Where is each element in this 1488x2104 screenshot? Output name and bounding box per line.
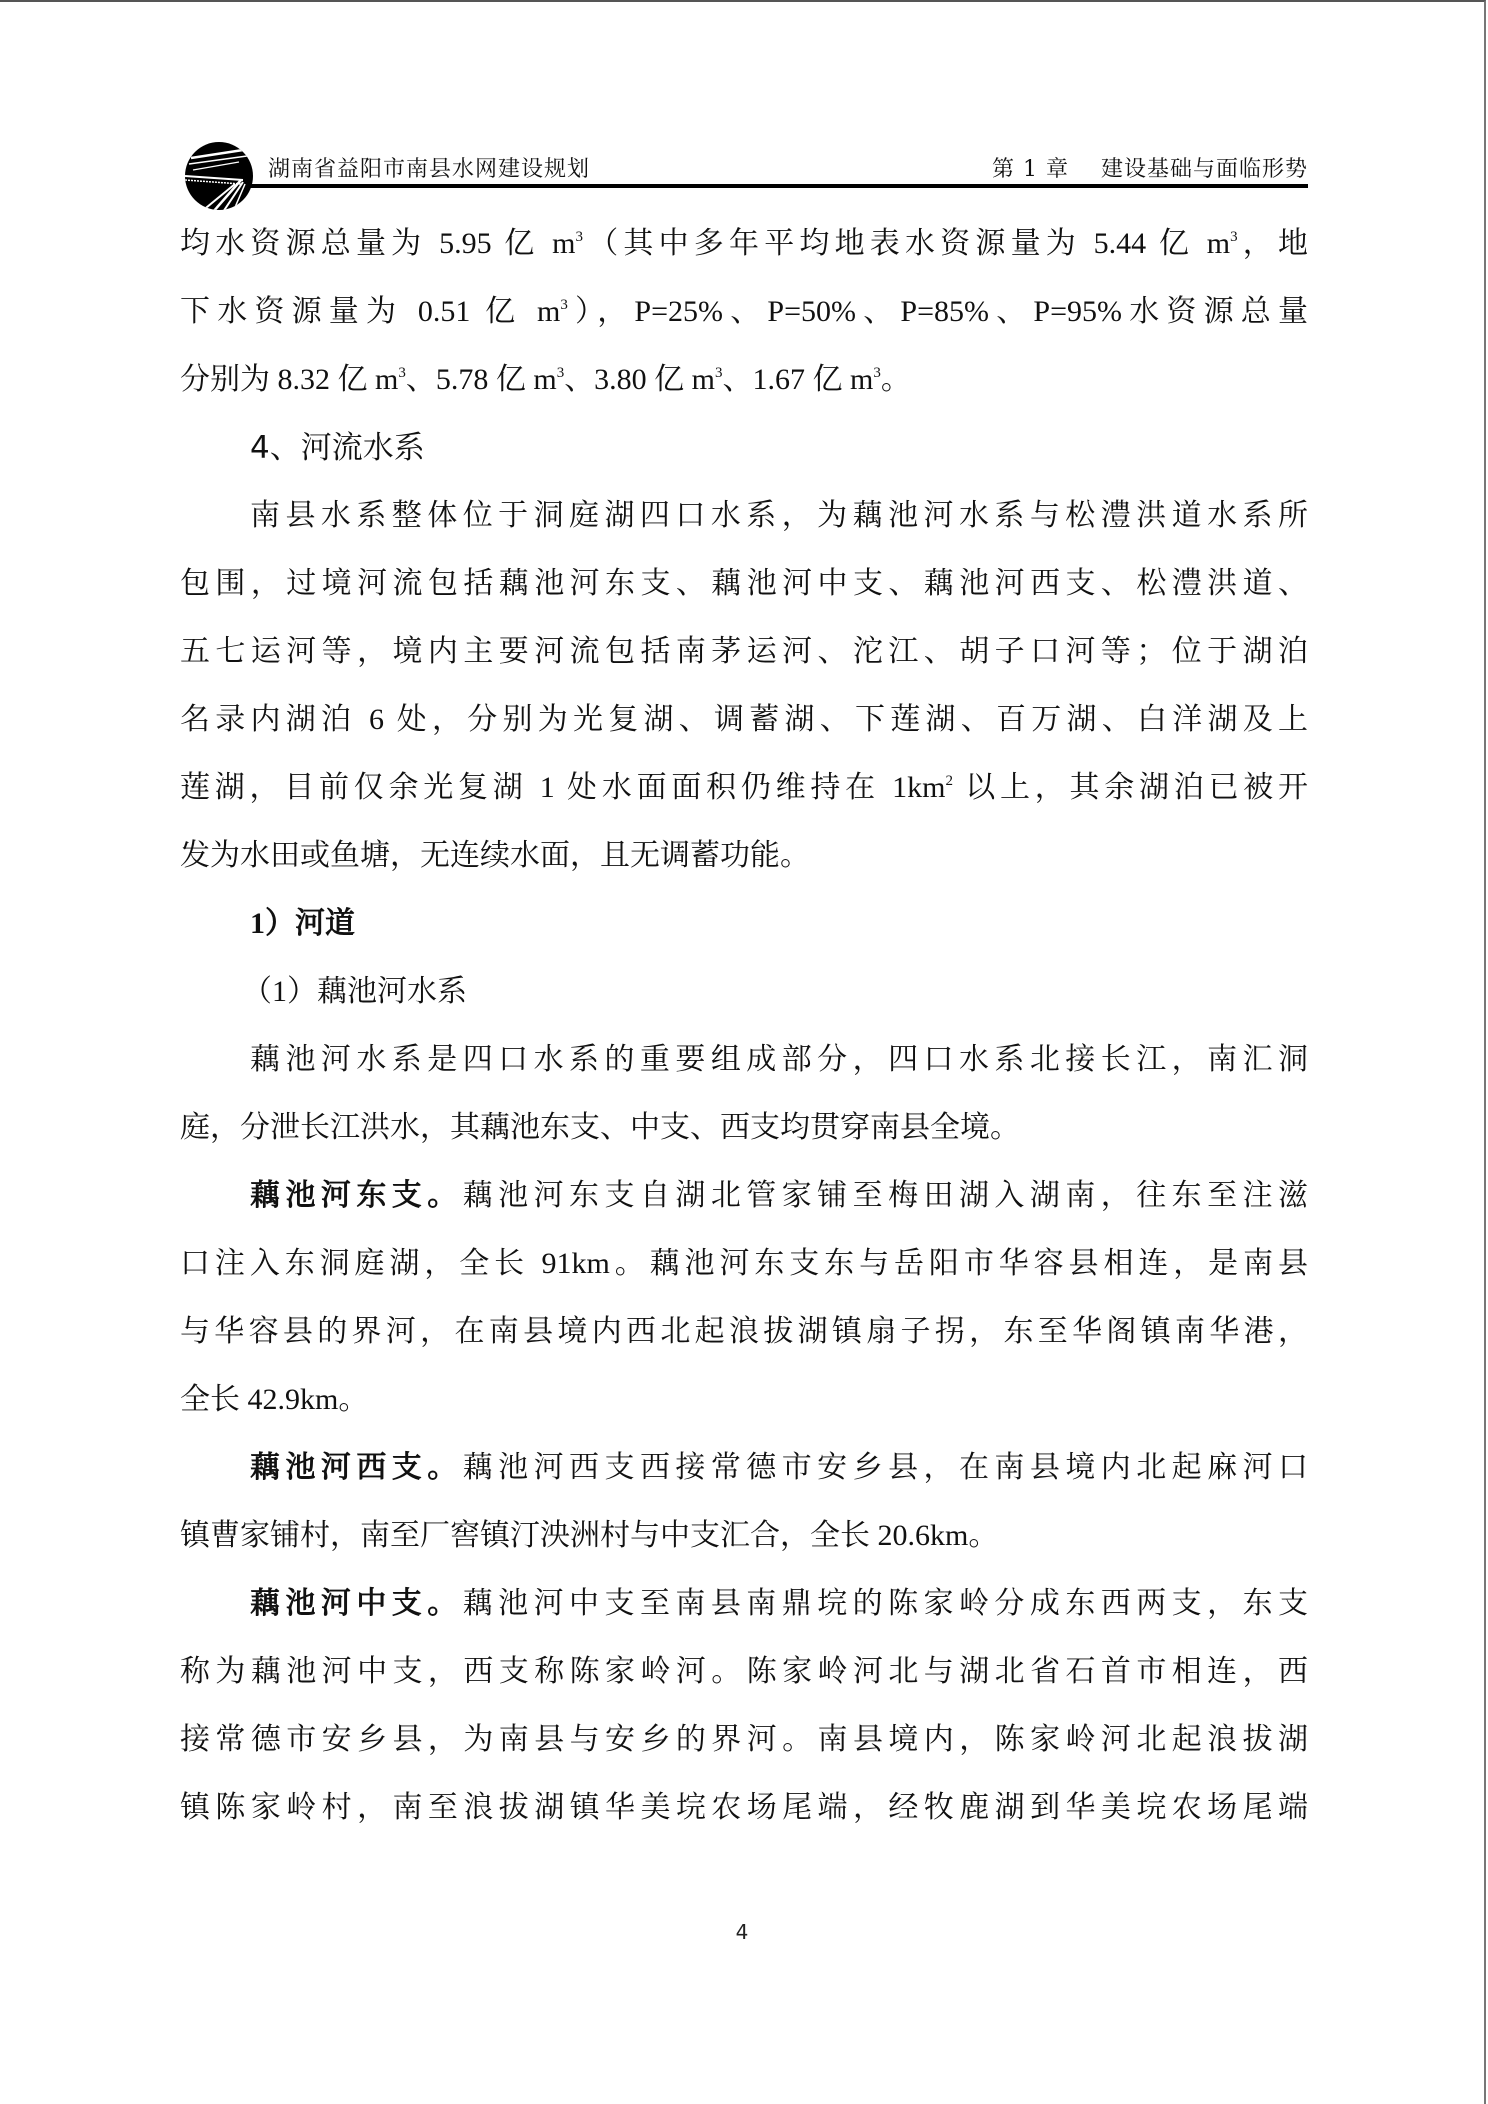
text-line-east-4: 全长 42.9km。	[180, 1380, 1308, 1420]
page-number: 4	[0, 1920, 1484, 1944]
text-line-rivers-5: 莲湖，目前仅余光复湖 1 处水面面积仍维持在 1km2 以上，其余湖泊已被开	[180, 768, 1308, 808]
page-header: 湖南省益阳市南县水网建设规划 第 1 章 建设基础与面临形势	[0, 2, 1484, 212]
text-line-east-2: 口注入东洞庭湖，全长 91km。藕池河东支东与岳阳市华容县相连，是南县	[180, 1244, 1308, 1284]
text-line-east-1: 藕池河东支。藕池河东支自湖北管家铺至梅田湖入湖南，往东至注滋	[250, 1176, 1308, 1216]
text-line-rivers-4: 名录内湖泊 6 处，分别为光复湖、调蓄湖、下莲湖、百万湖、白洋湖及上	[180, 700, 1308, 740]
text-line-west-1: 藕池河西支。藕池河西支西接常德市安乡县，在南县境内北起麻河口	[250, 1448, 1308, 1488]
subheading-channels: 1）河道	[250, 904, 1308, 944]
text-line-ouchi-1: 藕池河水系是四口水系的重要组成部分，四口水系北接长江，南汇洞	[250, 1040, 1308, 1080]
text-line-middle-1: 藕池河中支。藕池河中支至南县南鼎垸的陈家岭分成东西两支，东支	[250, 1584, 1308, 1624]
middle-branch-lead: 藕池河中支。	[250, 1587, 463, 1620]
text-line-east-3: 与华容县的界河，在南县境内西北起浪拔湖镇扇子拐，东至华阁镇南华港，	[180, 1312, 1308, 1352]
text-line-middle-3: 接常德市安乡县，为南县与安乡的界河。南县境内，陈家岭河北起浪拔湖	[180, 1720, 1308, 1760]
document-page: 湖南省益阳市南县水网建设规划 第 1 章 建设基础与面临形势 均水资源总量为 5…	[0, 0, 1486, 2104]
section-heading: 4、河流水系	[250, 428, 1308, 468]
document-title: 湖南省益阳市南县水网建设规划	[268, 152, 590, 183]
text-line-water-3: 分别为 8.32 亿 m3、5.78 亿 m3、3.80 亿 m3、1.67 亿…	[180, 360, 1308, 400]
road-perspective-logo-icon	[183, 140, 255, 212]
subheading-ouchi-system: （1）藕池河水系	[242, 972, 1300, 1012]
west-branch-lead: 藕池河西支。	[250, 1451, 463, 1484]
text-line-rivers-6: 发为水田或鱼塘，无连续水面，且无调蓄功能。	[180, 836, 1308, 876]
text-line-middle-2: 称为藕池河中支，西支称陈家岭河。陈家岭河北与湖北省石首市相连，西	[180, 1652, 1308, 1692]
text-line-rivers-3: 五七运河等，境内主要河流包括南茅运河、沱江、胡子口河等；位于湖泊	[180, 632, 1308, 672]
chapter-title: 第 1 章 建设基础与面临形势	[992, 152, 1308, 183]
text-line-water-2: 下水资源量为 0.51 亿 m3），P=25%、P=50%、P=85%、P=95…	[180, 292, 1308, 332]
header-divider	[248, 184, 1308, 188]
east-branch-lead: 藕池河东支。	[250, 1179, 463, 1212]
text-line-rivers-2: 包围，过境河流包括藕池河东支、藕池河中支、藕池河西支、松澧洪道、	[180, 564, 1308, 604]
text-line-water-1: 均水资源总量为 5.95 亿 m3（其中多年平均地表水资源量为 5.44 亿 m…	[180, 224, 1308, 264]
text-line-ouchi-2: 庭，分泄长江洪水，其藕池东支、中支、西支均贯穿南县全境。	[180, 1108, 1308, 1148]
text-line-rivers-1: 南县水系整体位于洞庭湖四口水系，为藕池河水系与松澧洪道水系所	[250, 496, 1308, 536]
text-line-middle-4: 镇陈家岭村，南至浪拔湖镇华美垸农场尾端，经牧鹿湖到华美垸农场尾端	[180, 1788, 1308, 1828]
text-line-west-2: 镇曹家铺村，南至厂窖镇汀泱洲村与中支汇合，全长 20.6km。	[180, 1516, 1308, 1556]
